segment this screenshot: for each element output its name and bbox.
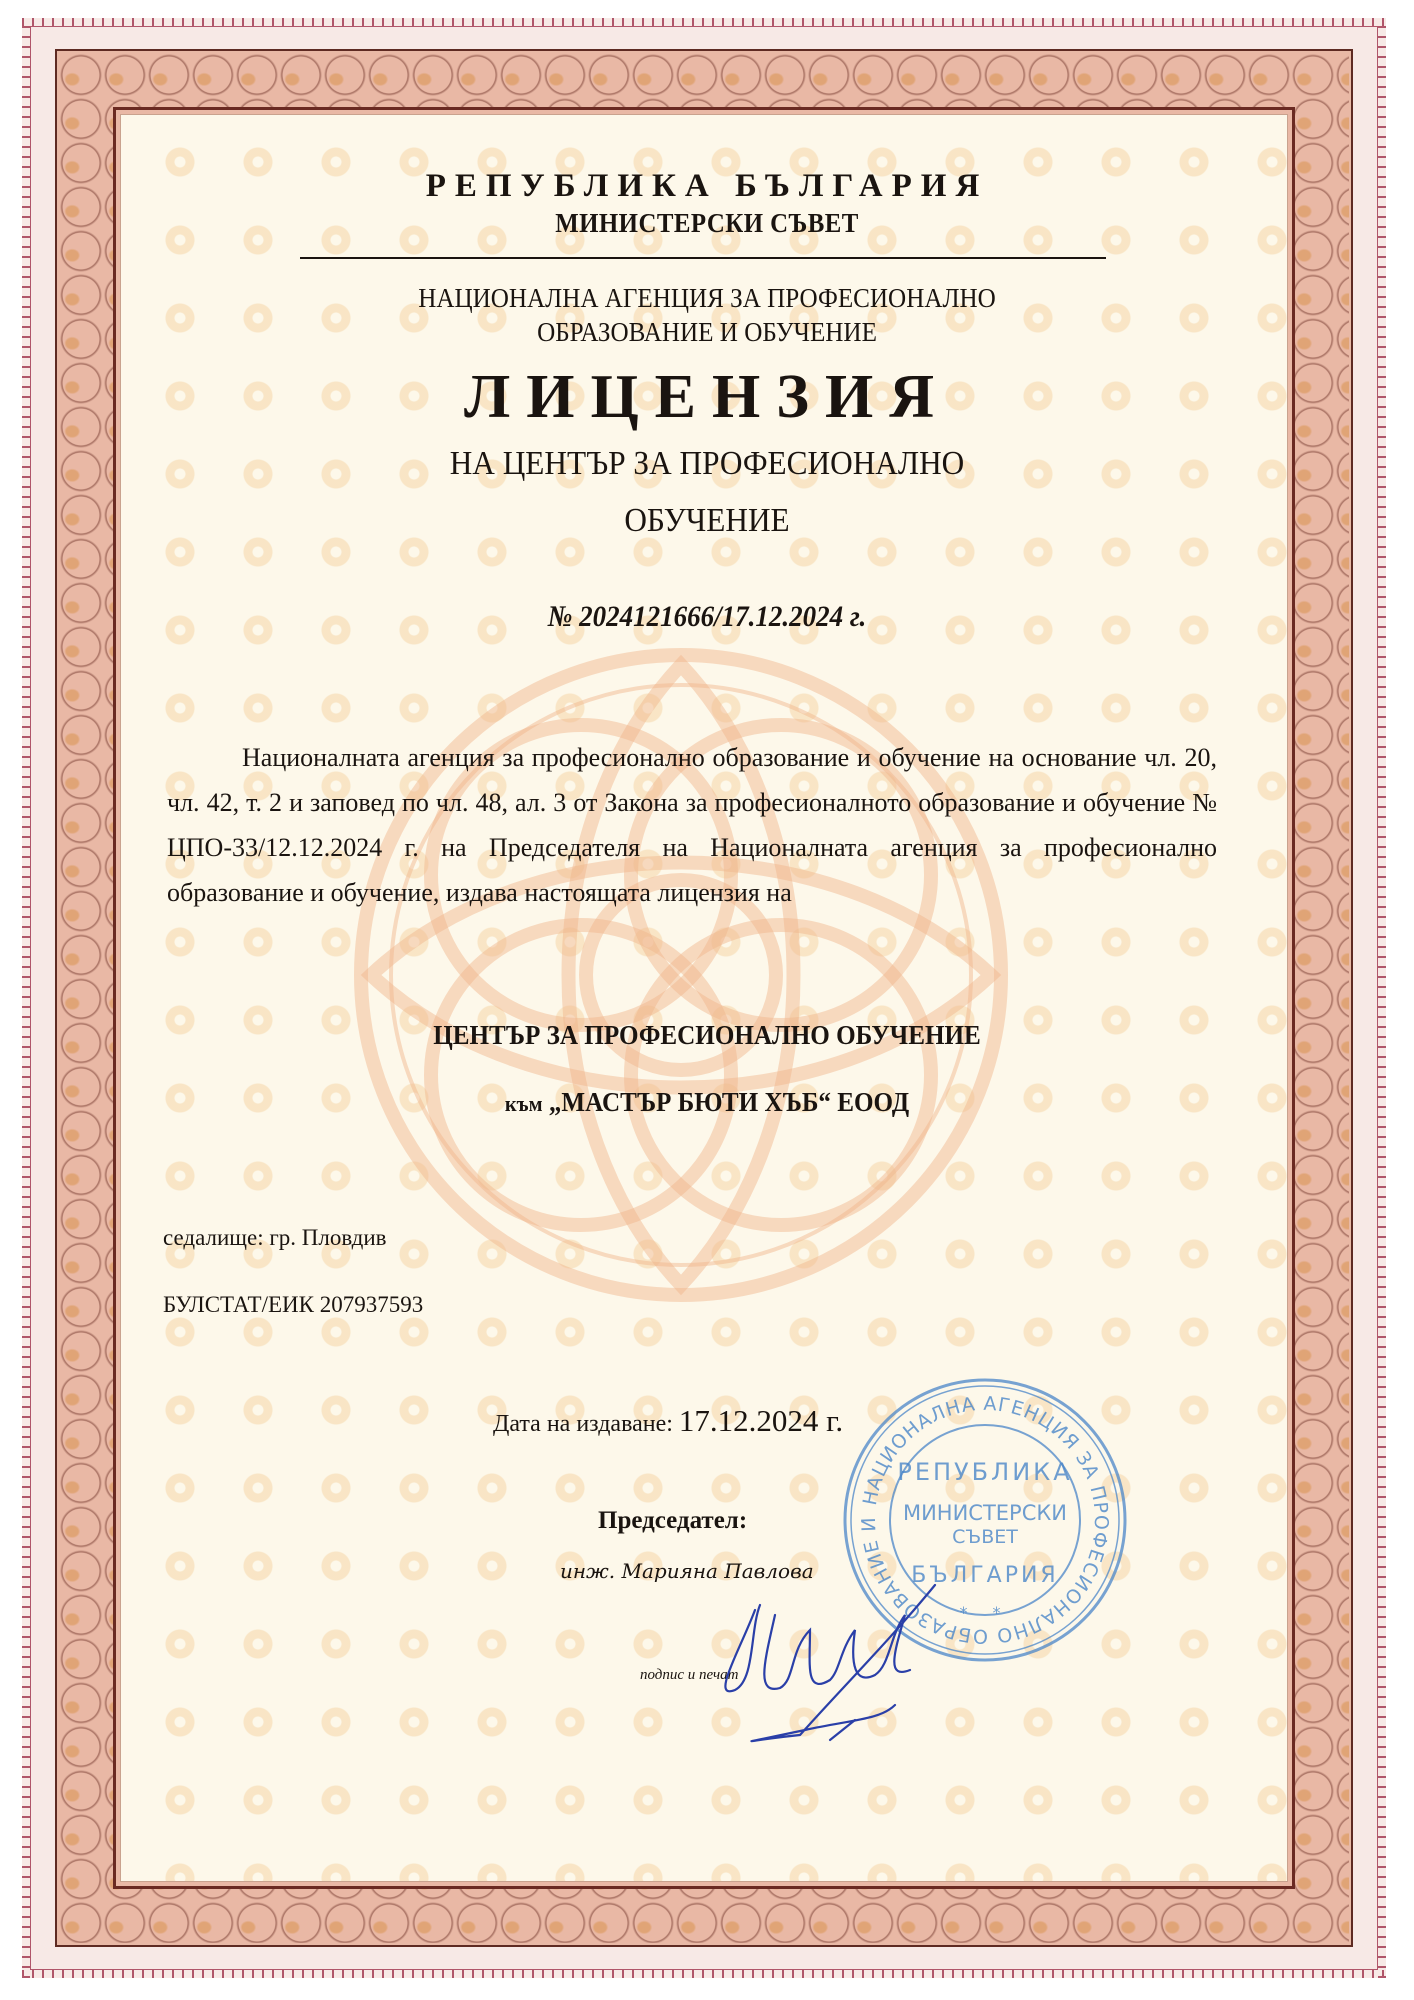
document-title: ЛИЦЕНЗИЯ [0,362,1414,433]
header-divider [300,257,1106,259]
chairman-label: Председател: [598,1507,747,1535]
stamp-council-text-1: МИНИСТЕРСКИ [903,1501,1067,1525]
company-prefix: към [505,1091,543,1116]
republic-heading: РЕПУБЛИКА БЪЛГАРИЯ [0,168,1414,205]
license-body-paragraph: Националната агенция за професионално об… [167,735,1217,915]
company-name: „МАСТЪР БЮТИ ХЪБ“ ЕООД [549,1087,909,1117]
seat-location: седалище: гр. Пловдив [163,1225,387,1251]
licensee-company: към „МАСТЪР БЮТИ ХЪБ“ ЕООД [49,1087,1364,1118]
document-subtitle-line1: НА ЦЕНТЪР ЗА ПРОФЕСИОНАЛНО [57,445,1358,483]
license-number: № 2024121666/17.12.2024 г. [71,600,1344,634]
licensee-center-name: ЦЕНТЪР ЗА ПРОФЕСИОНАЛНО ОБУЧЕНИЕ [49,1020,1364,1051]
body-text: Националната агенция за професионално об… [167,743,1217,907]
issue-date-label: Дата на издаване: [493,1411,673,1437]
bulstat-number: БУЛСТАТ/ЕИК 207937593 [163,1292,423,1318]
issue-date-line: Дата на издаване: 17.12.2024 г. [493,1403,843,1439]
council-heading: МИНИСТЕРСКИ СЪВЕТ [57,208,1358,239]
certificate-content: РЕПУБЛИКА БЪЛГАРИЯ МИНИСТЕРСКИ СЪВЕТ НАЦ… [0,0,1414,2000]
agency-name-line2: ОБРАЗОВАНИЕ И ОБУЧЕНИЕ [49,317,1364,348]
handwritten-signature [680,1570,980,1750]
agency-name-line1: НАЦИОНАЛНА АГЕНЦИЯ ЗА ПРОФЕСИОНАЛНО [49,283,1364,314]
stamp-republic-text: РЕПУБЛИКА [897,1458,1072,1486]
document-subtitle-line2: ОБУЧЕНИЕ [57,502,1358,540]
stamp-council-text-2: СЪВЕТ [952,1526,1018,1548]
